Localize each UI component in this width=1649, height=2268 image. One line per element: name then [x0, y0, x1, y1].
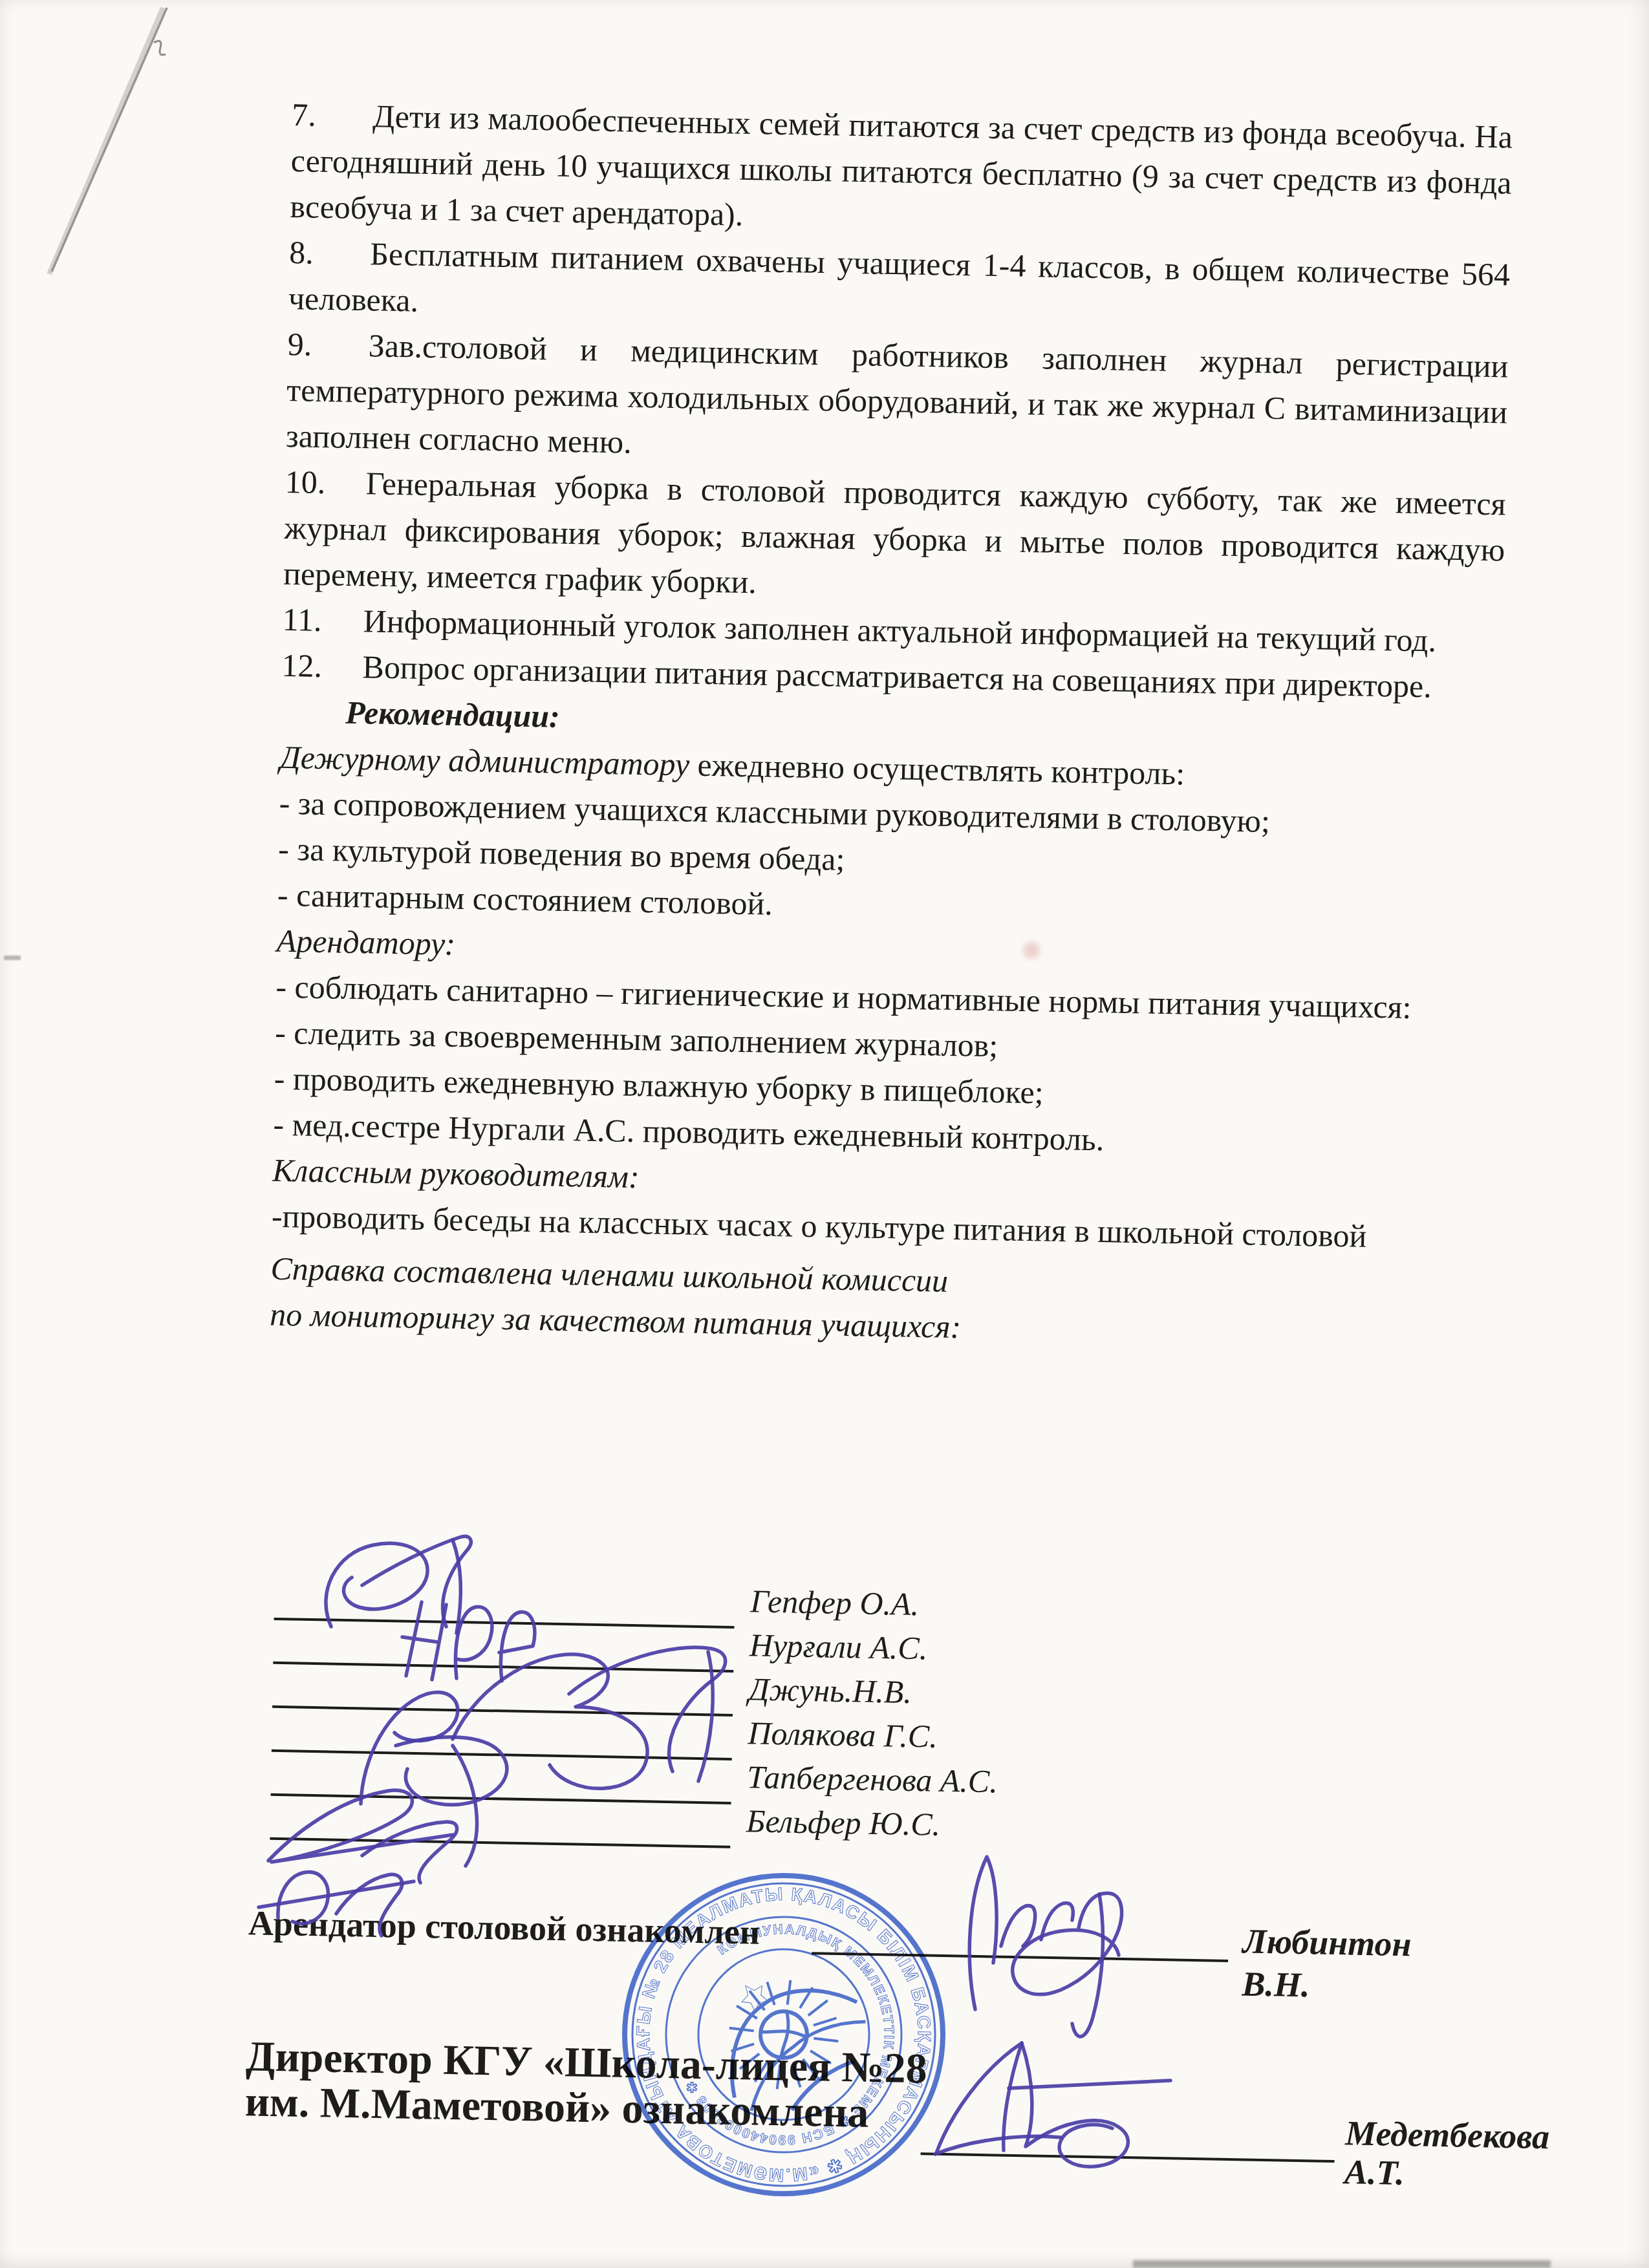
- committee-member-name: Нурғали А.С.: [749, 1627, 927, 1666]
- committee-member-name: Гепфер О.А.: [750, 1583, 920, 1622]
- signature-line: [270, 1837, 730, 1848]
- paper-curl-mark: [154, 41, 166, 55]
- fold-crease-line: [52, 8, 167, 272]
- item-text: Бесплатным питанием охвачены учащиеся 1-…: [288, 235, 1511, 318]
- item-number: 10.: [285, 459, 366, 506]
- committee-member-name: Полякова Г.С.: [748, 1715, 938, 1754]
- item-number: 12.: [281, 643, 363, 690]
- signature-line: [921, 2152, 1335, 2163]
- document-body: 7.Дети из малообеспеченных семей питаютс…: [270, 87, 1513, 1360]
- school-round-stamp: АЛМАТЫ ҚАЛАСЫ БІЛІМ БАСҚАРМАСЫНЫҢ ✱ «М.М…: [616, 1867, 952, 2203]
- paragraph-item-10: 10.Генеральная уборка в столовой проводи…: [283, 459, 1507, 619]
- stamp-ring: [619, 1870, 949, 2200]
- item-number: 7.: [292, 92, 373, 139]
- scanned-document-page: 7.Дети из малообеспеченных семей питаютс…: [0, 0, 1649, 2268]
- tenant-name: Любинтон В.Н.: [1242, 1920, 1480, 2009]
- paragraph-item-7: 7.Дети из малообеспеченных семей питаютс…: [290, 92, 1513, 252]
- committee-member-name: Тапбергенова А.С.: [747, 1759, 998, 1799]
- item-text: Зав.столовой и медицинским работников за…: [286, 327, 1509, 460]
- committee-member-name: Джунь.Н.В.: [748, 1671, 912, 1710]
- admin-role-label: Дежурному администратору: [280, 739, 690, 783]
- stamp-graphic: АЛМАТЫ ҚАЛАСЫ БІЛІМ БАСҚАРМАСЫНЫҢ ✱ «М.М…: [616, 1867, 952, 2203]
- item-number: 11.: [282, 597, 363, 644]
- admin-lead-rest: ежедневно осуществлять контроль:: [689, 746, 1185, 791]
- item-text: Генеральная уборка в столовой проводится…: [283, 465, 1506, 600]
- edge-mark-artifact: [4, 956, 21, 960]
- committee-member-name: Бельфер Ю.С.: [746, 1803, 940, 1842]
- director-name: Медетбекова А.Т.: [1344, 2113, 1550, 2195]
- item-text: Дети из малообеспеченных семей питаются …: [290, 98, 1513, 233]
- item-number: 8.: [289, 230, 371, 277]
- item-number: 9.: [287, 321, 369, 369]
- paragraph-item-9: 9.Зав.столовой и медицинским работников …: [285, 321, 1509, 482]
- committee-signature-block: Гепфер О.А. Нурғали А.С. Джунь.Н.В. Поля…: [260, 1570, 1485, 1857]
- fold-crease-shadow: [49, 8, 163, 274]
